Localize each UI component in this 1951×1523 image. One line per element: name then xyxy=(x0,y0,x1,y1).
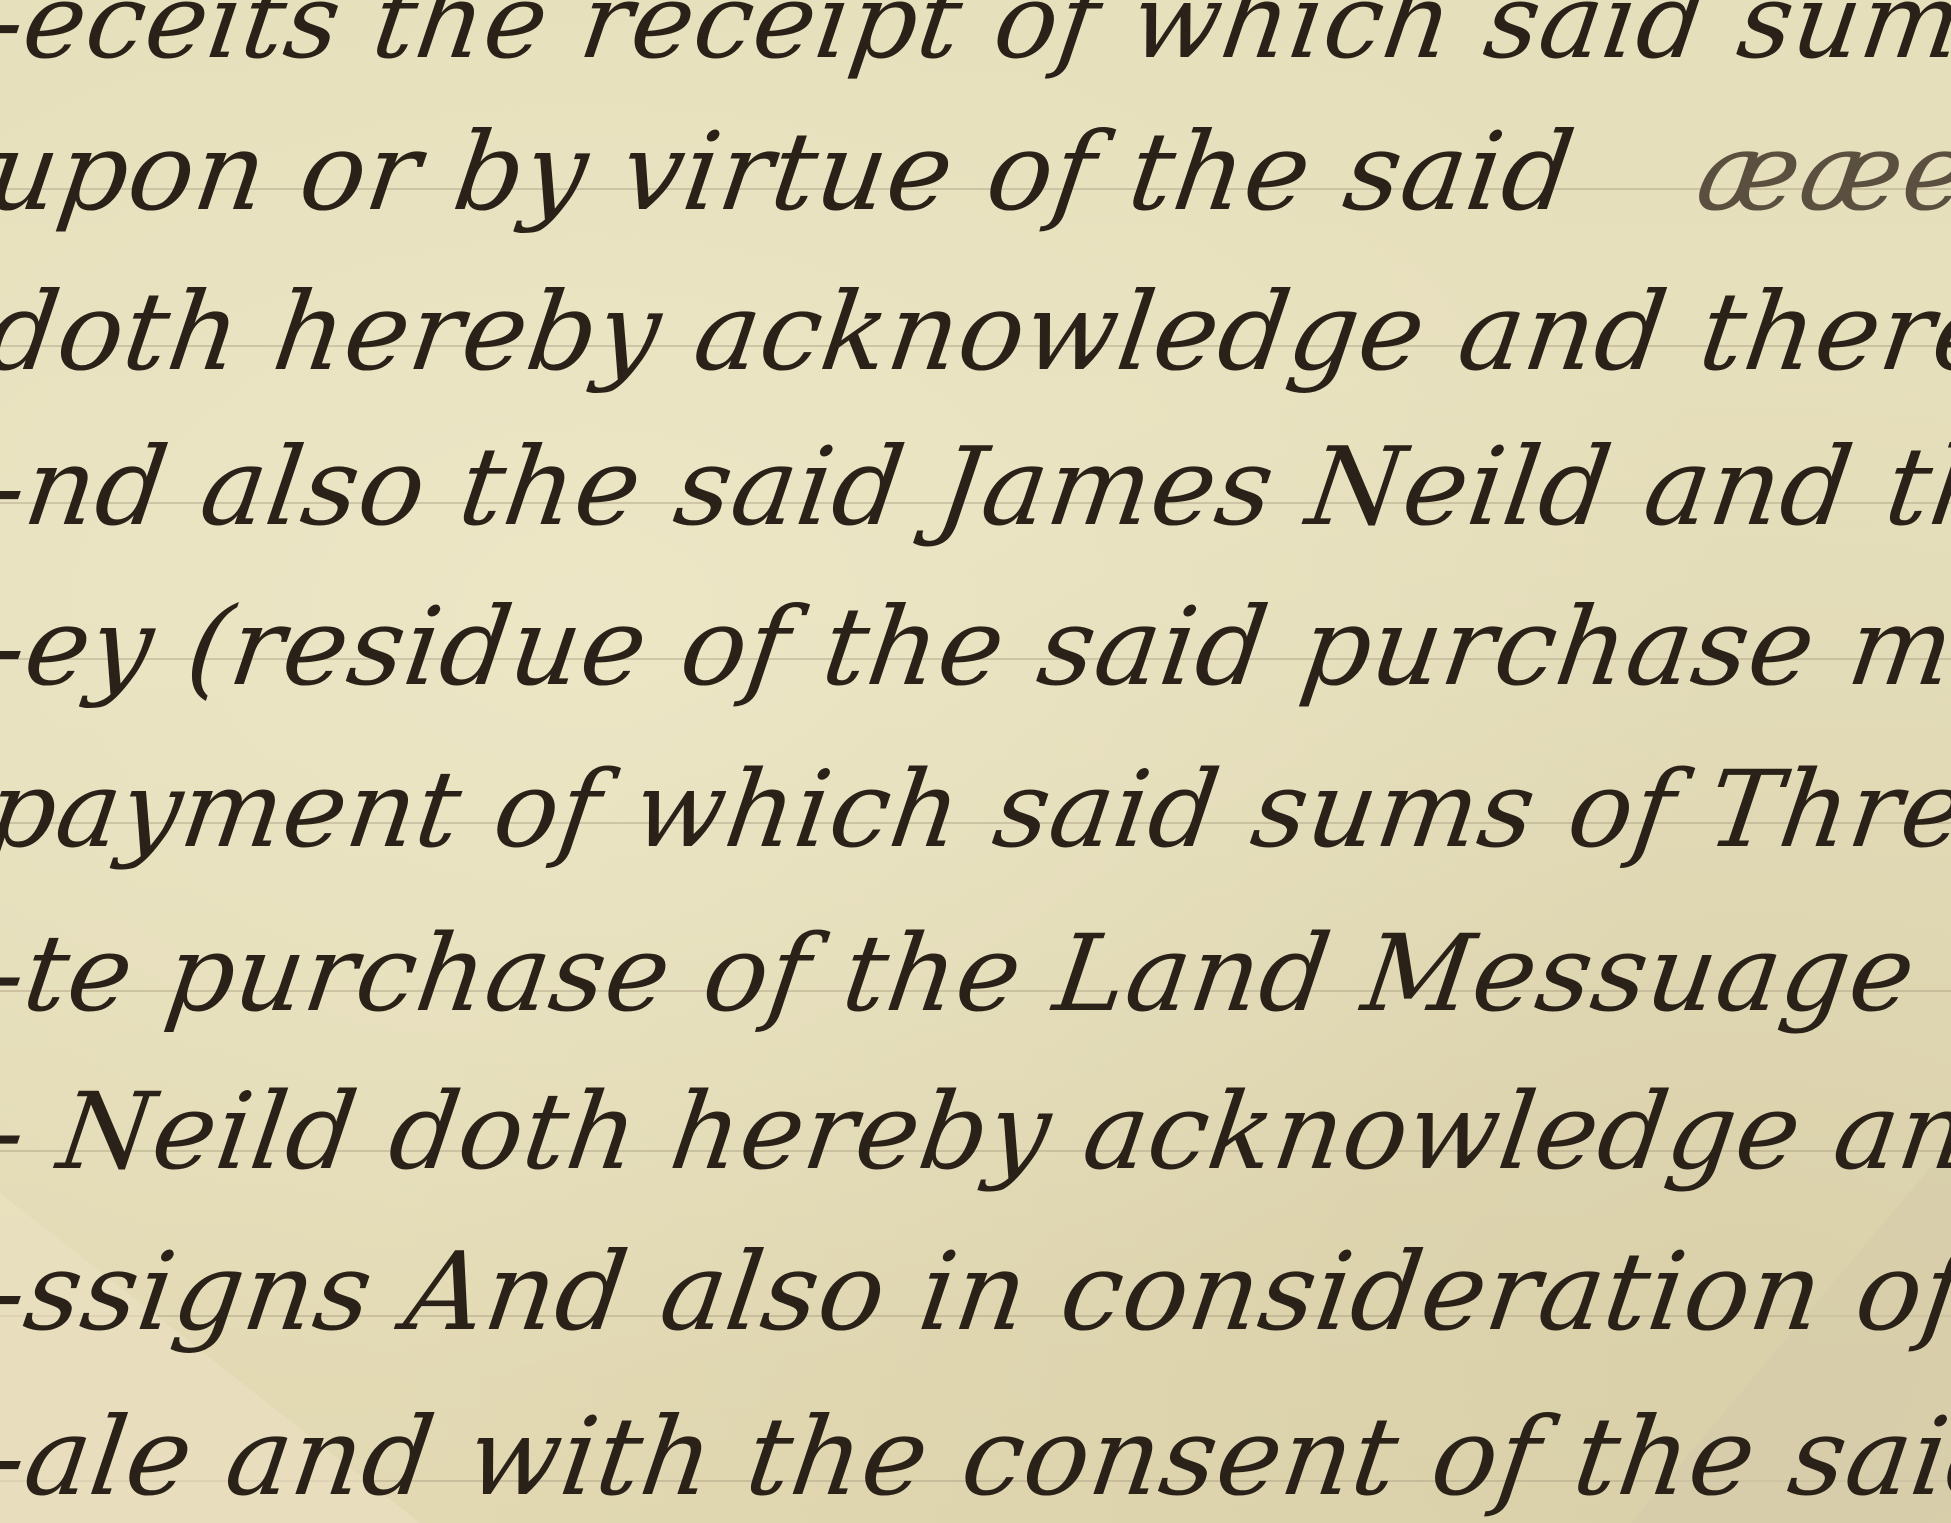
line-text: -ssigns And also in consideration of xyxy=(0,1230,1951,1355)
handwritten-line-6: payment of which said sums of Three xyxy=(0,748,1951,871)
line-text: -ey (residue of the said purchase money xyxy=(0,585,1951,710)
handwritten-line-7: -te purchase of the Land Messuage or ~ xyxy=(0,912,1951,1035)
handwritten-line-1: -eceits the receipt of which said sum xyxy=(0,0,1951,82)
manuscript-page: -eceits the receipt of which said sum up… xyxy=(0,0,1951,1523)
line-text: -nd also the said James Neild and their xyxy=(0,425,1951,550)
handwritten-line-10: -ale and with the consent of the said a xyxy=(0,1395,1951,1520)
handwritten-line-2: upon or by virtue of the said ææe xyxy=(0,110,1951,235)
line-text: upon or by virtue of the said xyxy=(0,110,1582,235)
handwritten-line-5: -ey (residue of the said purchase money xyxy=(0,585,1951,710)
handwritten-line-8: - Neild doth hereby acknowledge and from xyxy=(0,1070,1951,1193)
line-text: doth hereby acknowledge and therefrom xyxy=(0,270,1951,395)
handwritten-line-3: doth hereby acknowledge and therefrom xyxy=(0,270,1951,395)
line-text: -te purchase of the Land Messuage or xyxy=(0,912,1951,1035)
line-text: - Neild doth hereby acknowledge and from xyxy=(0,1070,1951,1193)
handwritten-line-4: -nd also the said James Neild and their xyxy=(0,425,1951,550)
line-text: -eceits the receipt of which said sum xyxy=(0,0,1951,82)
line-text: payment of which said sums of Three xyxy=(0,748,1951,871)
line-text: -ale and with the consent of the said xyxy=(0,1395,1951,1520)
line-filler-mark: ææe xyxy=(1690,110,1951,235)
handwritten-line-9: -ssigns And also in consideration of xyxy=(0,1230,1951,1355)
